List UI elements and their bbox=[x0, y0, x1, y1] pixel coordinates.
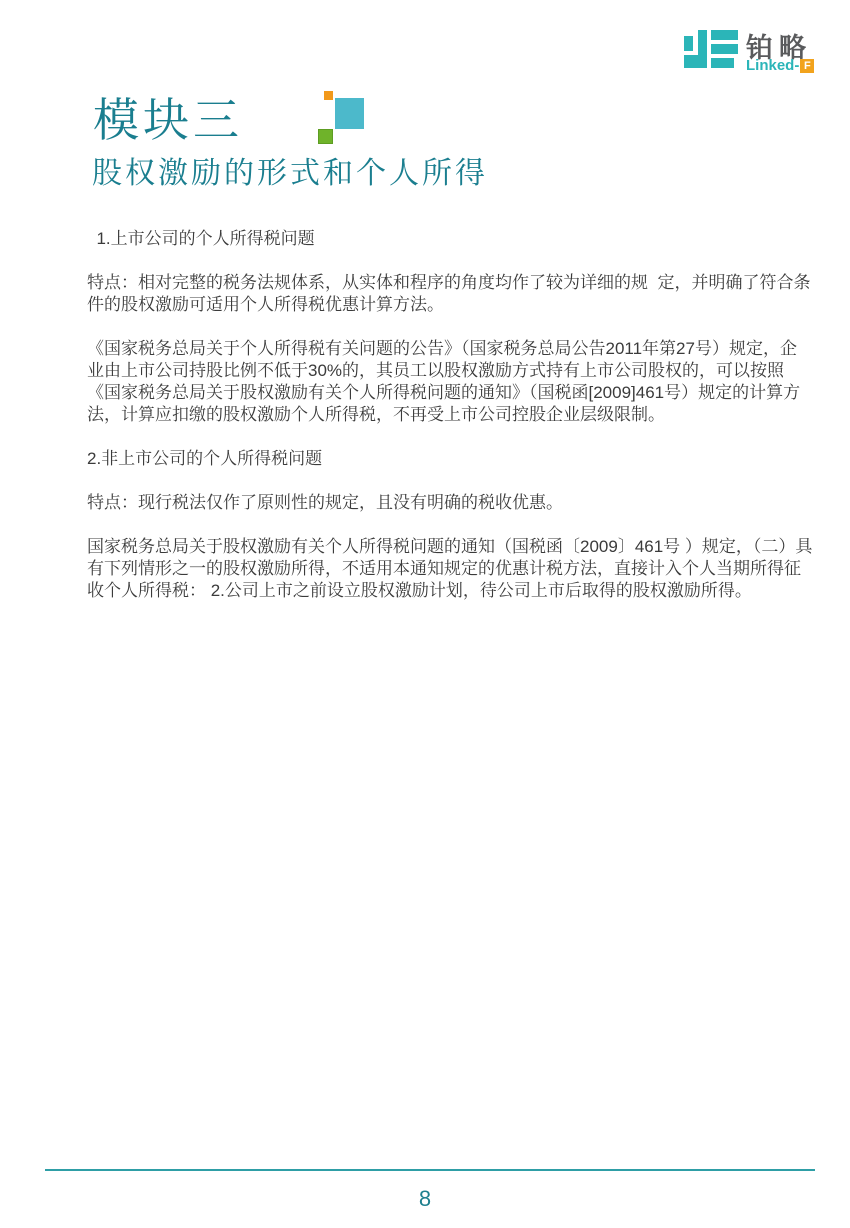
paragraph-unlisted-features: 特点：现行税法仅作了原则性的规定，且没有明确的税收优惠。 bbox=[87, 492, 813, 514]
logo-block bbox=[711, 30, 738, 40]
document-page: 铂略 Linked- F 模块三 股权激励的形式和个人所得 1.上市公司的个人所… bbox=[0, 0, 850, 1228]
brand-logo: 铂略 Linked- F bbox=[684, 26, 824, 76]
module-subtitle: 股权激励的形式和个人所得 bbox=[92, 155, 488, 193]
deco-square-green bbox=[318, 129, 333, 144]
logo-block bbox=[711, 44, 738, 54]
brand-badge-f: F bbox=[800, 59, 814, 73]
module-title: 模块三 bbox=[93, 92, 243, 148]
section-heading-unlisted-company: 2.非上市公司的个人所得税问题 bbox=[87, 448, 813, 470]
brand-name-en: Linked- F bbox=[746, 57, 814, 74]
deco-square-cyan bbox=[335, 98, 364, 129]
page-number: 8 bbox=[0, 1186, 850, 1212]
document-body: 1.上市公司的个人所得税问题 特点：相对完整的税务法规体系，从实体和程序的角度均… bbox=[87, 228, 813, 624]
footer-divider-line bbox=[45, 1169, 815, 1171]
paragraph-listed-features: 特点：相对完整的税务法规体系，从实体和程序的角度均作了较为详细的规 定，并明确了… bbox=[87, 272, 813, 316]
paragraph-announcement-2011-27: 《国家税务总局关于个人所得税有关问题的公告》（国家税务总局公告2011年第27号… bbox=[87, 338, 813, 426]
paragraph-notice-2009-461: 国家税务总局关于股权激励有关个人所得税问题的通知（国税函〔2009〕461号 ）… bbox=[87, 536, 813, 602]
logo-block bbox=[698, 30, 707, 68]
brand-logo-icon bbox=[684, 30, 738, 70]
deco-square-orange bbox=[324, 91, 333, 100]
logo-block bbox=[684, 36, 693, 51]
logo-block bbox=[711, 58, 734, 68]
section-heading-listed-company: 1.上市公司的个人所得税问题 bbox=[87, 228, 813, 250]
brand-name-en-text: Linked- bbox=[746, 57, 799, 74]
